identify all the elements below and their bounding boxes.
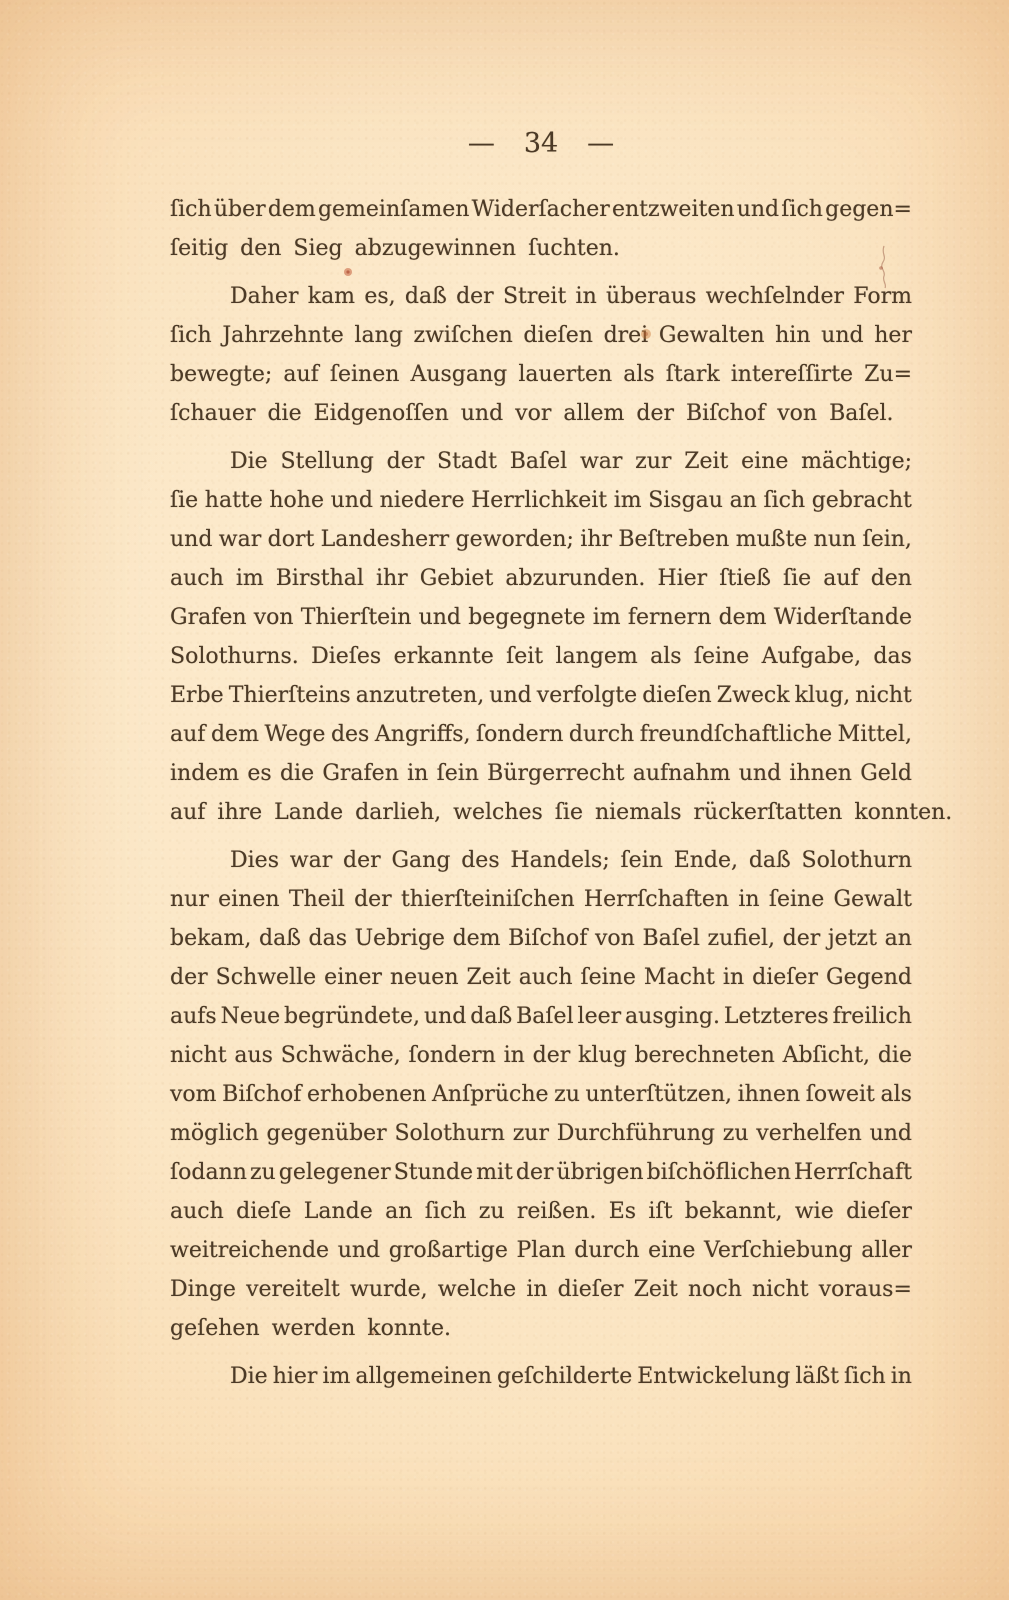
page-header: — 34 — [170, 124, 912, 164]
text-line: aufsNeuebegründete,unddaßBaſelleerausgin… [170, 997, 912, 1036]
page-number: 34 [524, 124, 558, 164]
text-line: ſchauer die Eidgenoſſen und vor allem de… [170, 394, 912, 433]
text-block: ſichüberdemgemeinſamenWiderſacherentzwei… [170, 190, 912, 1396]
text-line: indemesdieGrafeninſeinBürgerrechtaufnahm… [170, 754, 912, 793]
text-line: geſehen werden konnte. [170, 1309, 912, 1348]
paragraph: Daherkames,daßderStreitinüberauswechſeln… [170, 277, 912, 433]
paragraph: DieswarderGangdesHandels;ſeinEnde,daßSol… [170, 841, 912, 1348]
text-line: derSchwelleeinerneuenZeitauchſeineMachti… [170, 958, 912, 997]
text-line: DieswarderGangdesHandels;ſeinEnde,daßSol… [170, 841, 912, 880]
text-line: nichtausSchwäche,ſonderninderklugberechn… [170, 1036, 912, 1075]
paragraph: ſichüberdemgemeinſamenWiderſacherentzwei… [170, 190, 912, 268]
text-line: ſichüberdemgemeinſamenWiderſacherentzwei… [170, 190, 912, 229]
page-number-dash-right: — [587, 124, 614, 164]
text-line: vomBiſchoferhobenenAnſprüchezuunterſtütz… [170, 1075, 912, 1114]
text-line: ſodannzugelegenerStundemitderübrigenbiſc… [170, 1153, 912, 1192]
text-line: nureinenTheilderthierſteiniſchenHerrſcha… [170, 880, 912, 919]
text-line: GrafenvonThierſteinundbegegneteimfernern… [170, 598, 912, 637]
text-line: Dingevereiteltwurde,welcheindieſerZeitno… [170, 1270, 912, 1309]
text-line: bekam,daßdasUebrigedemBiſchofvonBaſelzuf… [170, 919, 912, 958]
text-line: auchimBirsthalihrGebietabzurunden.Hierſt… [170, 559, 912, 598]
text-line: bewegte;aufſeinenAusganglauertenalsſtark… [170, 355, 912, 394]
text-line: ſiehattehoheundniedereHerrlichkeitimSisg… [170, 481, 912, 520]
text-line: ErbeThierſteinsanzutreten,undverfolgtedi… [170, 676, 912, 715]
text-line: möglichgegenüberSolothurnzurDurchführung… [170, 1114, 912, 1153]
text-line: ſichJahrzehntelangzwiſchendieſendreiGewa… [170, 316, 912, 355]
text-line: DiehierimallgemeinengeſchilderteEntwicke… [170, 1357, 912, 1396]
text-line: ſeitig den Sieg abzugewinnen ſuchten. [170, 229, 912, 268]
text-line: auchdieſeLandeanſichzureißen.Esiſtbekann… [170, 1192, 912, 1231]
paragraph: DieStellungderStadtBaſelwarzurZeiteinemä… [170, 442, 912, 832]
book-page: — 34 — ſichüberdemgemeinſamenWiderſacher… [0, 0, 1009, 1600]
text-line: DieStellungderStadtBaſelwarzurZeiteinemä… [170, 442, 912, 481]
text-line: Solothurns.Dieſeserkannteſeitlangemalsſe… [170, 637, 912, 676]
page-number-dash-left: — [468, 124, 495, 164]
text-line: Daherkames,daßderStreitinüberauswechſeln… [170, 277, 912, 316]
text-line: auf ihre Lande darlieh, welches ſie niem… [170, 793, 912, 832]
text-line: aufdemWegedesAngriffs,ſonderndurchfreund… [170, 715, 912, 754]
text-line: weitreichendeundgroßartigePlandurcheineV… [170, 1231, 912, 1270]
text-line: undwardortLandesherrgeworden;ihrBeſtrebe… [170, 520, 912, 559]
paragraph: DiehierimallgemeinengeſchilderteEntwicke… [170, 1357, 912, 1396]
